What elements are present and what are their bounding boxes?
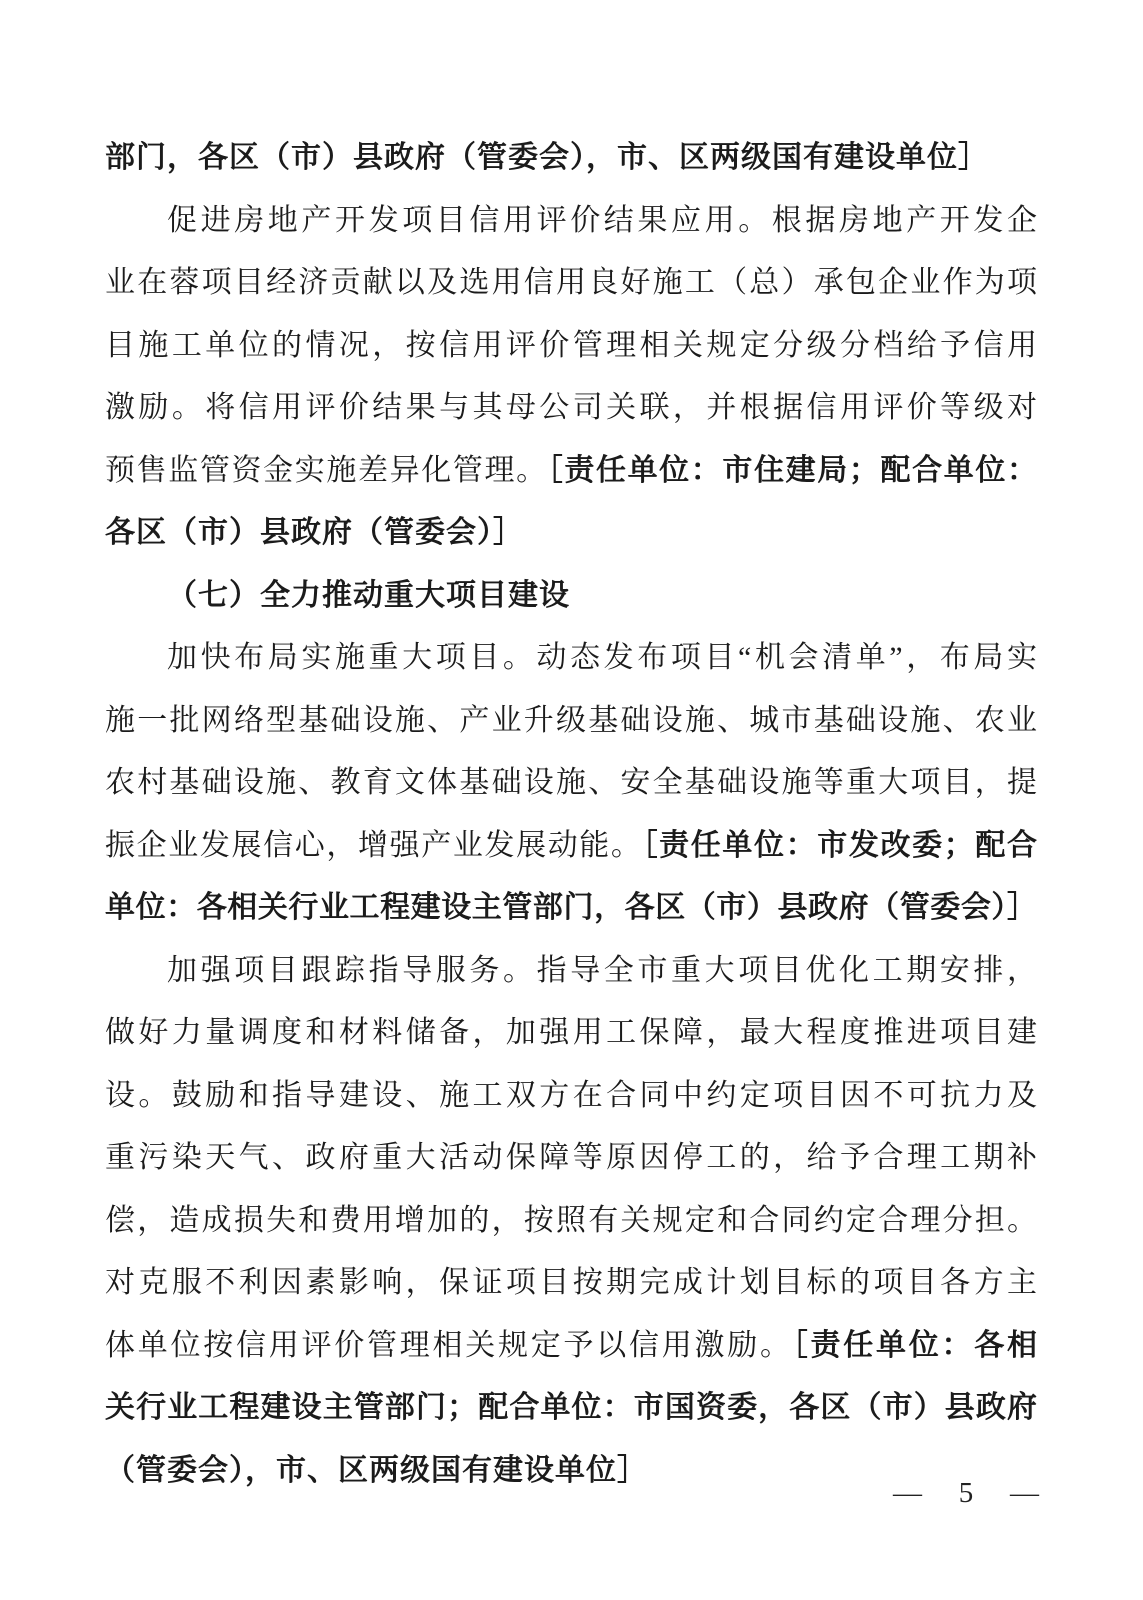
body-text: 业在蓉项目经济贡献以及选用信用良好施工（总）承包企业作为项 (105, 266, 1037, 299)
body-text: 对克服不利因素影响，保证项目按期完成计划目标的项目各方主 (105, 1266, 1037, 1299)
body-text: 农村基础设施、教育文体基础设施、安全基础设施等重大项目，提 (105, 766, 1037, 799)
responsibility-unit: 单位：各相关行业工程建设主管部门，各区（市）县政府（管委会）］ (105, 891, 1037, 924)
body-text: 偿，造成损失和费用增加的，按照有关规定和合同约定合理分担。 (105, 1204, 1037, 1237)
text-line: 促进房地产开发项目信用评价结果应用。根据房地产开发企 (105, 190, 1037, 253)
footer-right-dash: — (1010, 1477, 1039, 1510)
document-page: 部门，各区（市）县政府（管委会），市、区两级国有建设单位］ 促进房地产开发项目信… (0, 0, 1143, 1600)
text-line: 目施工单位的情况，按信用评价管理相关规定分级分档给予信用 (105, 315, 1037, 378)
text-line: 业在蓉项目经济贡献以及选用信用良好施工（总）承包企业作为项 (105, 252, 1037, 315)
responsibility-unit: 各区（市）县政府（管委会）］ (105, 516, 524, 549)
responsibility-unit: （管委会），市、区两级国有建设单位］ (105, 1454, 648, 1487)
body-text: 设。鼓励和指导建设、施工双方在合同中约定项目因不可抗力及 (105, 1079, 1037, 1112)
text-line: 设。鼓励和指导建设、施工双方在合同中约定项目因不可抗力及 (105, 1065, 1037, 1128)
responsibility-unit: ［责任单位：市住建局；配合单位： (548, 454, 1037, 487)
responsibility-unit: ［责任单位：各相 (793, 1329, 1037, 1362)
body-text: 重污染天气、政府重大活动保障等原因停工的，给予合理工期补 (105, 1141, 1037, 1174)
text-line: 关行业工程建设主管部门；配合单位：市国资委，各区（市）县政府 (105, 1377, 1037, 1440)
body-text: 做好力量调度和材料储备，加强用工保障，最大程度推进项目建 (105, 1016, 1037, 1049)
body-text: 振企业发展信心，增强产业发展动能。 (105, 829, 643, 862)
text-line: 各区（市）县政府（管委会）］ (105, 502, 1037, 565)
text-line: 加强项目跟踪指导服务。指导全市重大项目优化工期安排， (105, 940, 1037, 1003)
body-text: 激励。将信用评价结果与其母公司关联，并根据信用评价等级对 (105, 391, 1037, 424)
text-line: 体单位按信用评价管理相关规定予以信用激励。［责任单位：各相 (105, 1315, 1037, 1378)
page-footer: — 5 — (893, 1477, 1039, 1510)
responsibility-unit: ［责任单位：市发改委；配合 (643, 829, 1037, 862)
body-text: 加强项目跟踪指导服务。指导全市重大项目优化工期安排， (167, 954, 1037, 987)
text-line: 单位：各相关行业工程建设主管部门，各区（市）县政府（管委会）］ (105, 877, 1037, 940)
text-line: 农村基础设施、教育文体基础设施、安全基础设施等重大项目，提 (105, 752, 1037, 815)
text-line: 对克服不利因素影响，保证项目按期完成计划目标的项目各方主 (105, 1252, 1037, 1315)
page-number: 5 (959, 1477, 974, 1510)
text-line: 振企业发展信心，增强产业发展动能。［责任单位：市发改委；配合 (105, 815, 1037, 878)
text-line: 加快布局实施重大项目。动态发布项目“机会清单”，布局实 (105, 627, 1037, 690)
section-heading-7: （七）全力推动重大项目建设 (105, 565, 1037, 628)
text-line: 激励。将信用评价结果与其母公司关联，并根据信用评价等级对 (105, 377, 1037, 440)
text-line: 预售监管资金实施差异化管理。［责任单位：市住建局；配合单位： (105, 440, 1037, 503)
responsibility-unit-continuation: 部门，各区（市）县政府（管委会），市、区两级国有建设单位］ (105, 141, 989, 174)
text-line: 偿，造成损失和费用增加的，按照有关规定和合同约定合理分担。 (105, 1190, 1037, 1253)
body-text: 体单位按信用评价管理相关规定予以信用激励。 (105, 1329, 793, 1362)
body-text: 促进房地产开发项目信用评价结果应用。根据房地产开发企 (167, 204, 1037, 237)
body-text: 预售监管资金实施差异化管理。 (105, 454, 548, 487)
responsibility-unit: 关行业工程建设主管部门；配合单位：市国资委，各区（市）县政府 (105, 1391, 1037, 1424)
footer-left-dash: — (893, 1477, 922, 1510)
body-text: 加快布局实施重大项目。动态发布项目“机会清单”，布局实 (167, 641, 1037, 674)
body-text: 目施工单位的情况，按信用评价管理相关规定分级分档给予信用 (105, 329, 1037, 362)
section-heading-text: （七）全力推动重大项目建设 (167, 579, 570, 612)
text-line: 做好力量调度和材料储备，加强用工保障，最大程度推进项目建 (105, 1002, 1037, 1065)
body-text: 施一批网络型基础设施、产业升级基础设施、城市基础设施、农业 (105, 704, 1037, 737)
text-line: 重污染天气、政府重大活动保障等原因停工的，给予合理工期补 (105, 1127, 1037, 1190)
text-line: 施一批网络型基础设施、产业升级基础设施、城市基础设施、农业 (105, 690, 1037, 753)
document-text-block: 部门，各区（市）县政府（管委会），市、区两级国有建设单位］ 促进房地产开发项目信… (105, 127, 1037, 1502)
text-line: 部门，各区（市）县政府（管委会），市、区两级国有建设单位］ (105, 127, 1037, 190)
